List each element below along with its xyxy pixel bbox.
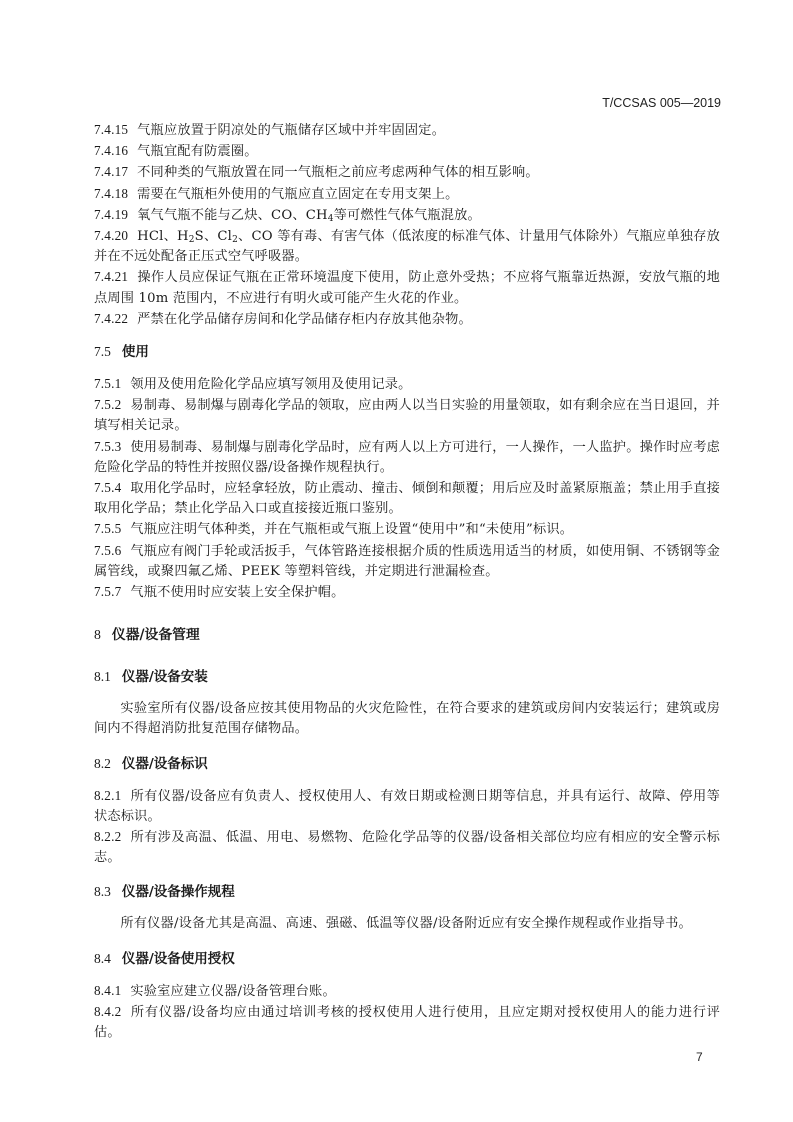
section-heading-8-4: 8.4仪器/设备使用授权 [94,949,720,969]
clause-text: 取用化学品时，应轻拿轻放，防止震动、撞击、倾倒和颠覆；用后应及时盖紧原瓶盖；禁止… [94,481,720,516]
clause-7-4-20: 7.4.20HCl、H2S、Cl2、CO 等有毒、有害气体（低浓度的标准气体、计… [94,226,720,267]
clause-number: 7.4.22 [94,311,128,326]
clause-7-5-2: 7.5.2易制毒、易制爆与剧毒化学品的领取，应由两人以当日实验的用量领取，如有剩… [94,395,720,436]
clause-text: 使用易制毒、易制爆与剧毒化学品时，应有两人以上方可进行，一人操作，一人监护。操作… [94,440,720,475]
clause-text: 实验室应建立仪器/设备管理台账。 [130,984,335,999]
clause-text: 所有仪器/设备均应由通过培训考核的授权使用人进行使用，且应定期对授权使用人的能力… [94,1005,720,1040]
clause-7-4-21: 7.4.21操作人员应保证气瓶在正常环境温度下使用，防止意外受热；不应将气瓶靠近… [94,267,720,308]
clause-number: 7.4.16 [94,143,128,158]
clause-7-4-16: 7.4.16气瓶宜配有防震圈。 [94,141,720,162]
clause-number: 7.4.21 [94,269,128,284]
clause-7-4-18: 7.4.18需要在气瓶柜外使用的气瓶应直立固定在专用支架上。 [94,184,720,205]
clause-8-2-1: 8.2.1所有仪器/设备应有负责人、授权使用人、有效日期或检测日期等信息，并具有… [94,786,720,827]
clause-8-2-2: 8.2.2所有涉及高温、低温、用电、易燃物、危险化学品等的仪器/设备相关部位均应… [94,827,720,868]
clause-number: 7.5.7 [94,584,121,599]
clause-7-5-6: 7.5.6气瓶应有阀门手轮或活扳手，气体管路连接根据介质的性质选用适当的材质，如… [94,541,720,582]
section-number: 8.4 [94,951,111,966]
clause-8-4-2: 8.4.2所有仪器/设备均应由通过培训考核的授权使用人进行使用，且应定期对授权使… [94,1002,720,1043]
clause-text: 不同种类的气瓶放置在同一气瓶柜之前应考虑两种气体的相互影响。 [137,165,539,180]
section-title: 仪器/设备使用授权 [122,951,235,967]
clause-text: 气瓶应有阀门手轮或活扳手，气体管路连接根据介质的性质选用适当的材质，如使用铜、不… [94,544,720,579]
clause-text: 严禁在化学品储存房间和化学品储存柜内存放其他杂物。 [137,312,472,327]
clause-7-5-5: 7.5.5气瓶应注明气体种类，并在气瓶柜或气瓶上设置“使用中”和“未使用”标识。 [94,519,720,540]
clause-text: 需要在气瓶柜外使用的气瓶应直立固定在专用支架上。 [137,187,458,202]
clause-text: S、Cl [195,229,232,244]
document-header-code: T/CCSAS 005—2019 [602,96,721,110]
clause-number: 8.4.1 [94,983,121,998]
clause-number: 8.2.1 [94,788,121,803]
clause-7-5-1: 7.5.1领用及使用危险化学品应填写领用及使用记录。 [94,374,720,395]
clause-7-4-17: 7.4.17不同种类的气瓶放置在同一气瓶柜之前应考虑两种气体的相互影响。 [94,162,720,183]
clause-text: 易制毒、易制爆与剧毒化学品的领取，应由两人以当日实验的用量领取，如有剩余应在当日… [94,398,720,433]
clause-number: 7.4.19 [94,207,128,222]
clause-text: 领用及使用危险化学品应填写领用及使用记录。 [130,377,411,392]
clause-text: 操作人员应保证气瓶在正常环境温度下使用，防止意外受热；不应将气瓶靠近热源，安放气… [94,270,720,305]
clause-number: 7.5.1 [94,376,121,391]
clause-text: 等可燃性气体气瓶混放。 [334,208,481,223]
section-number: 8.2 [94,756,111,771]
section-heading-8-1: 8.1仪器/设备安装 [94,667,720,687]
clause-text: 气瓶应注明气体种类，并在气瓶柜或气瓶上设置“使用中”和“未使用”标识。 [130,522,573,537]
clause-text: 气瓶宜配有防震圈。 [137,144,258,159]
section-number: 8.1 [94,669,111,684]
section-title: 仪器/设备操作规程 [122,884,235,900]
clause-text: 气瓶不使用时应安装上安全保护帽。 [130,585,344,600]
clause-number: 7.5.3 [94,439,121,454]
chapter-title: 仪器/设备管理 [112,627,200,643]
section-body-8-3: 所有仪器/设备尤其是高温、高速、强磁、低温等仪器/设备附近应有安全操作规程或作业… [94,914,720,934]
section-number: 7.5 [94,344,111,359]
clause-number: 7.5.2 [94,397,121,412]
clause-number: 7.4.18 [94,186,128,201]
section-title: 仪器/设备标识 [122,756,208,772]
page-number: 7 [696,1050,703,1064]
clause-text: 氧气气瓶不能与乙炔、CO、CH [137,208,328,223]
section-title: 使用 [122,344,149,360]
clause-number: 7.5.5 [94,521,121,536]
clause-text: 所有仪器/设备应有负责人、授权使用人、有效日期或检测日期等信息，并具有运行、故障… [94,789,720,824]
clause-7-4-22: 7.4.22严禁在化学品储存房间和化学品储存柜内存放其他杂物。 [94,309,720,330]
clause-number: 7.4.17 [94,164,128,179]
clause-number: 7.5.4 [94,480,121,495]
page-content: 7.4.15气瓶应放置于阴凉处的气瓶储存区域中并牢固固定。 7.4.16气瓶宜配… [94,120,720,1043]
chapter-number: 8 [94,627,101,642]
clause-7-4-19: 7.4.19氧气气瓶不能与乙炔、CO、CH4等可燃性气体气瓶混放。 [94,205,720,226]
clause-7-5-3: 7.5.3使用易制毒、易制爆与剧毒化学品时，应有两人以上方可进行，一人操作，一人… [94,437,720,478]
clause-7-5-4: 7.5.4取用化学品时，应轻拿轻放，防止震动、撞击、倾倒和颠覆；用后应及时盖紧原… [94,478,720,519]
clause-7-5-7: 7.5.7气瓶不使用时应安装上安全保护帽。 [94,582,720,603]
clause-number: 7.4.15 [94,122,128,137]
section-body-8-1: 实验室所有仪器/设备应按其使用物品的火灾危险性，在符合要求的建筑或房间内安装运行… [94,699,720,739]
clause-8-4-1: 8.4.1实验室应建立仪器/设备管理台账。 [94,981,720,1002]
section-title: 仪器/设备安装 [122,669,208,685]
section-heading-8-3: 8.3仪器/设备操作规程 [94,882,720,902]
clause-number: 7.4.20 [94,228,128,243]
clause-text: HCl、H [137,229,189,244]
clause-number: 8.4.2 [94,1004,121,1019]
clause-7-4-15: 7.4.15气瓶应放置于阴凉处的气瓶储存区域中并牢固固定。 [94,120,720,141]
section-heading-7-5: 7.5使用 [94,342,720,362]
clause-text: 气瓶应放置于阴凉处的气瓶储存区域中并牢固固定。 [137,123,445,138]
clause-number: 8.2.2 [94,829,121,844]
section-heading-8-2: 8.2仪器/设备标识 [94,754,720,774]
clause-text: 所有涉及高温、低温、用电、易燃物、危险化学品等的仪器/设备相关部位均应有相应的安… [94,830,720,865]
chapter-heading-8: 8仪器/设备管理 [94,625,720,645]
section-number: 8.3 [94,884,111,899]
clause-number: 7.5.6 [94,543,121,558]
